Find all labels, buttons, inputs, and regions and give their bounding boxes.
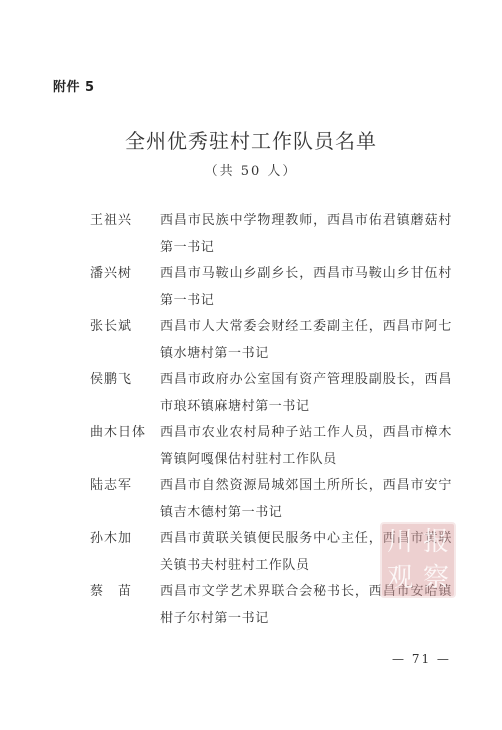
honoree-description: 西昌市人大常委会财经工委副主任，西昌市阿七镇水塘村第一书记 — [160, 314, 452, 367]
honoree-list: 王祖兴 西昌市民族中学物理教师，西昌市佑君镇蘑菇村第一书记 潘兴树 西昌市马鞍山… — [90, 208, 460, 632]
honoree-description: 西昌市政府办公室国有资产管理股副股长，西昌市琅环镇麻塘村第一书记 — [160, 367, 452, 420]
honoree-name: 陆志军 — [90, 473, 160, 526]
list-item: 张长斌 西昌市人大常委会财经工委副主任，西昌市阿七镇水塘村第一书记 — [90, 314, 460, 367]
list-item: 蔡 苗 西昌市文学艺术界联合会秘书长，西昌市安哈镇柑子尔村第一书记 — [90, 579, 460, 632]
page-number: — 71 — — [392, 652, 451, 666]
honoree-description: 西昌市马鞍山乡副乡长，西昌市马鞍山乡甘伍村第一书记 — [160, 261, 452, 314]
honoree-name: 孙木加 — [90, 526, 160, 579]
honoree-name: 侯鹏飞 — [90, 367, 160, 420]
document-title: 全州优秀驻村工作队员名单 — [0, 125, 502, 154]
attachment-label: 附件 5 — [53, 76, 95, 95]
list-item: 曲木日体 西昌市农业农村局种子站工作人员，西昌市樟木箐镇阿嘎倮估村驻村工作队员 — [90, 420, 460, 473]
honoree-name: 曲木日体 — [90, 420, 160, 473]
honoree-description: 西昌市自然资源局城郊国土所所长，西昌市安宁镇吉木德村第一书记 — [160, 473, 452, 526]
document-subtitle: （共 50 人） — [0, 160, 502, 179]
list-item: 侯鹏飞 西昌市政府办公室国有资产管理股副股长，西昌市琅环镇麻塘村第一书记 — [90, 367, 460, 420]
honoree-description: 西昌市文学艺术界联合会秘书长，西昌市安哈镇柑子尔村第一书记 — [160, 579, 452, 632]
list-item: 陆志军 西昌市自然资源局城郊国土所所长，西昌市安宁镇吉木德村第一书记 — [90, 473, 460, 526]
honoree-name: 张长斌 — [90, 314, 160, 367]
list-item: 孙木加 西昌市黄联关镇便民服务中心主任，西昌市黄联关镇书夫村驻村工作队员 — [90, 526, 460, 579]
honoree-name: 潘兴树 — [90, 261, 160, 314]
honoree-description: 西昌市民族中学物理教师，西昌市佑君镇蘑菇村第一书记 — [160, 208, 452, 261]
honoree-name: 蔡 苗 — [90, 579, 160, 632]
honoree-description: 西昌市黄联关镇便民服务中心主任，西昌市黄联关镇书夫村驻村工作队员 — [160, 526, 452, 579]
honoree-name: 王祖兴 — [90, 208, 160, 261]
honoree-description: 西昌市农业农村局种子站工作人员，西昌市樟木箐镇阿嘎倮估村驻村工作队员 — [160, 420, 452, 473]
list-item: 王祖兴 西昌市民族中学物理教师，西昌市佑君镇蘑菇村第一书记 — [90, 208, 460, 261]
list-item: 潘兴树 西昌市马鞍山乡副乡长，西昌市马鞍山乡甘伍村第一书记 — [90, 261, 460, 314]
